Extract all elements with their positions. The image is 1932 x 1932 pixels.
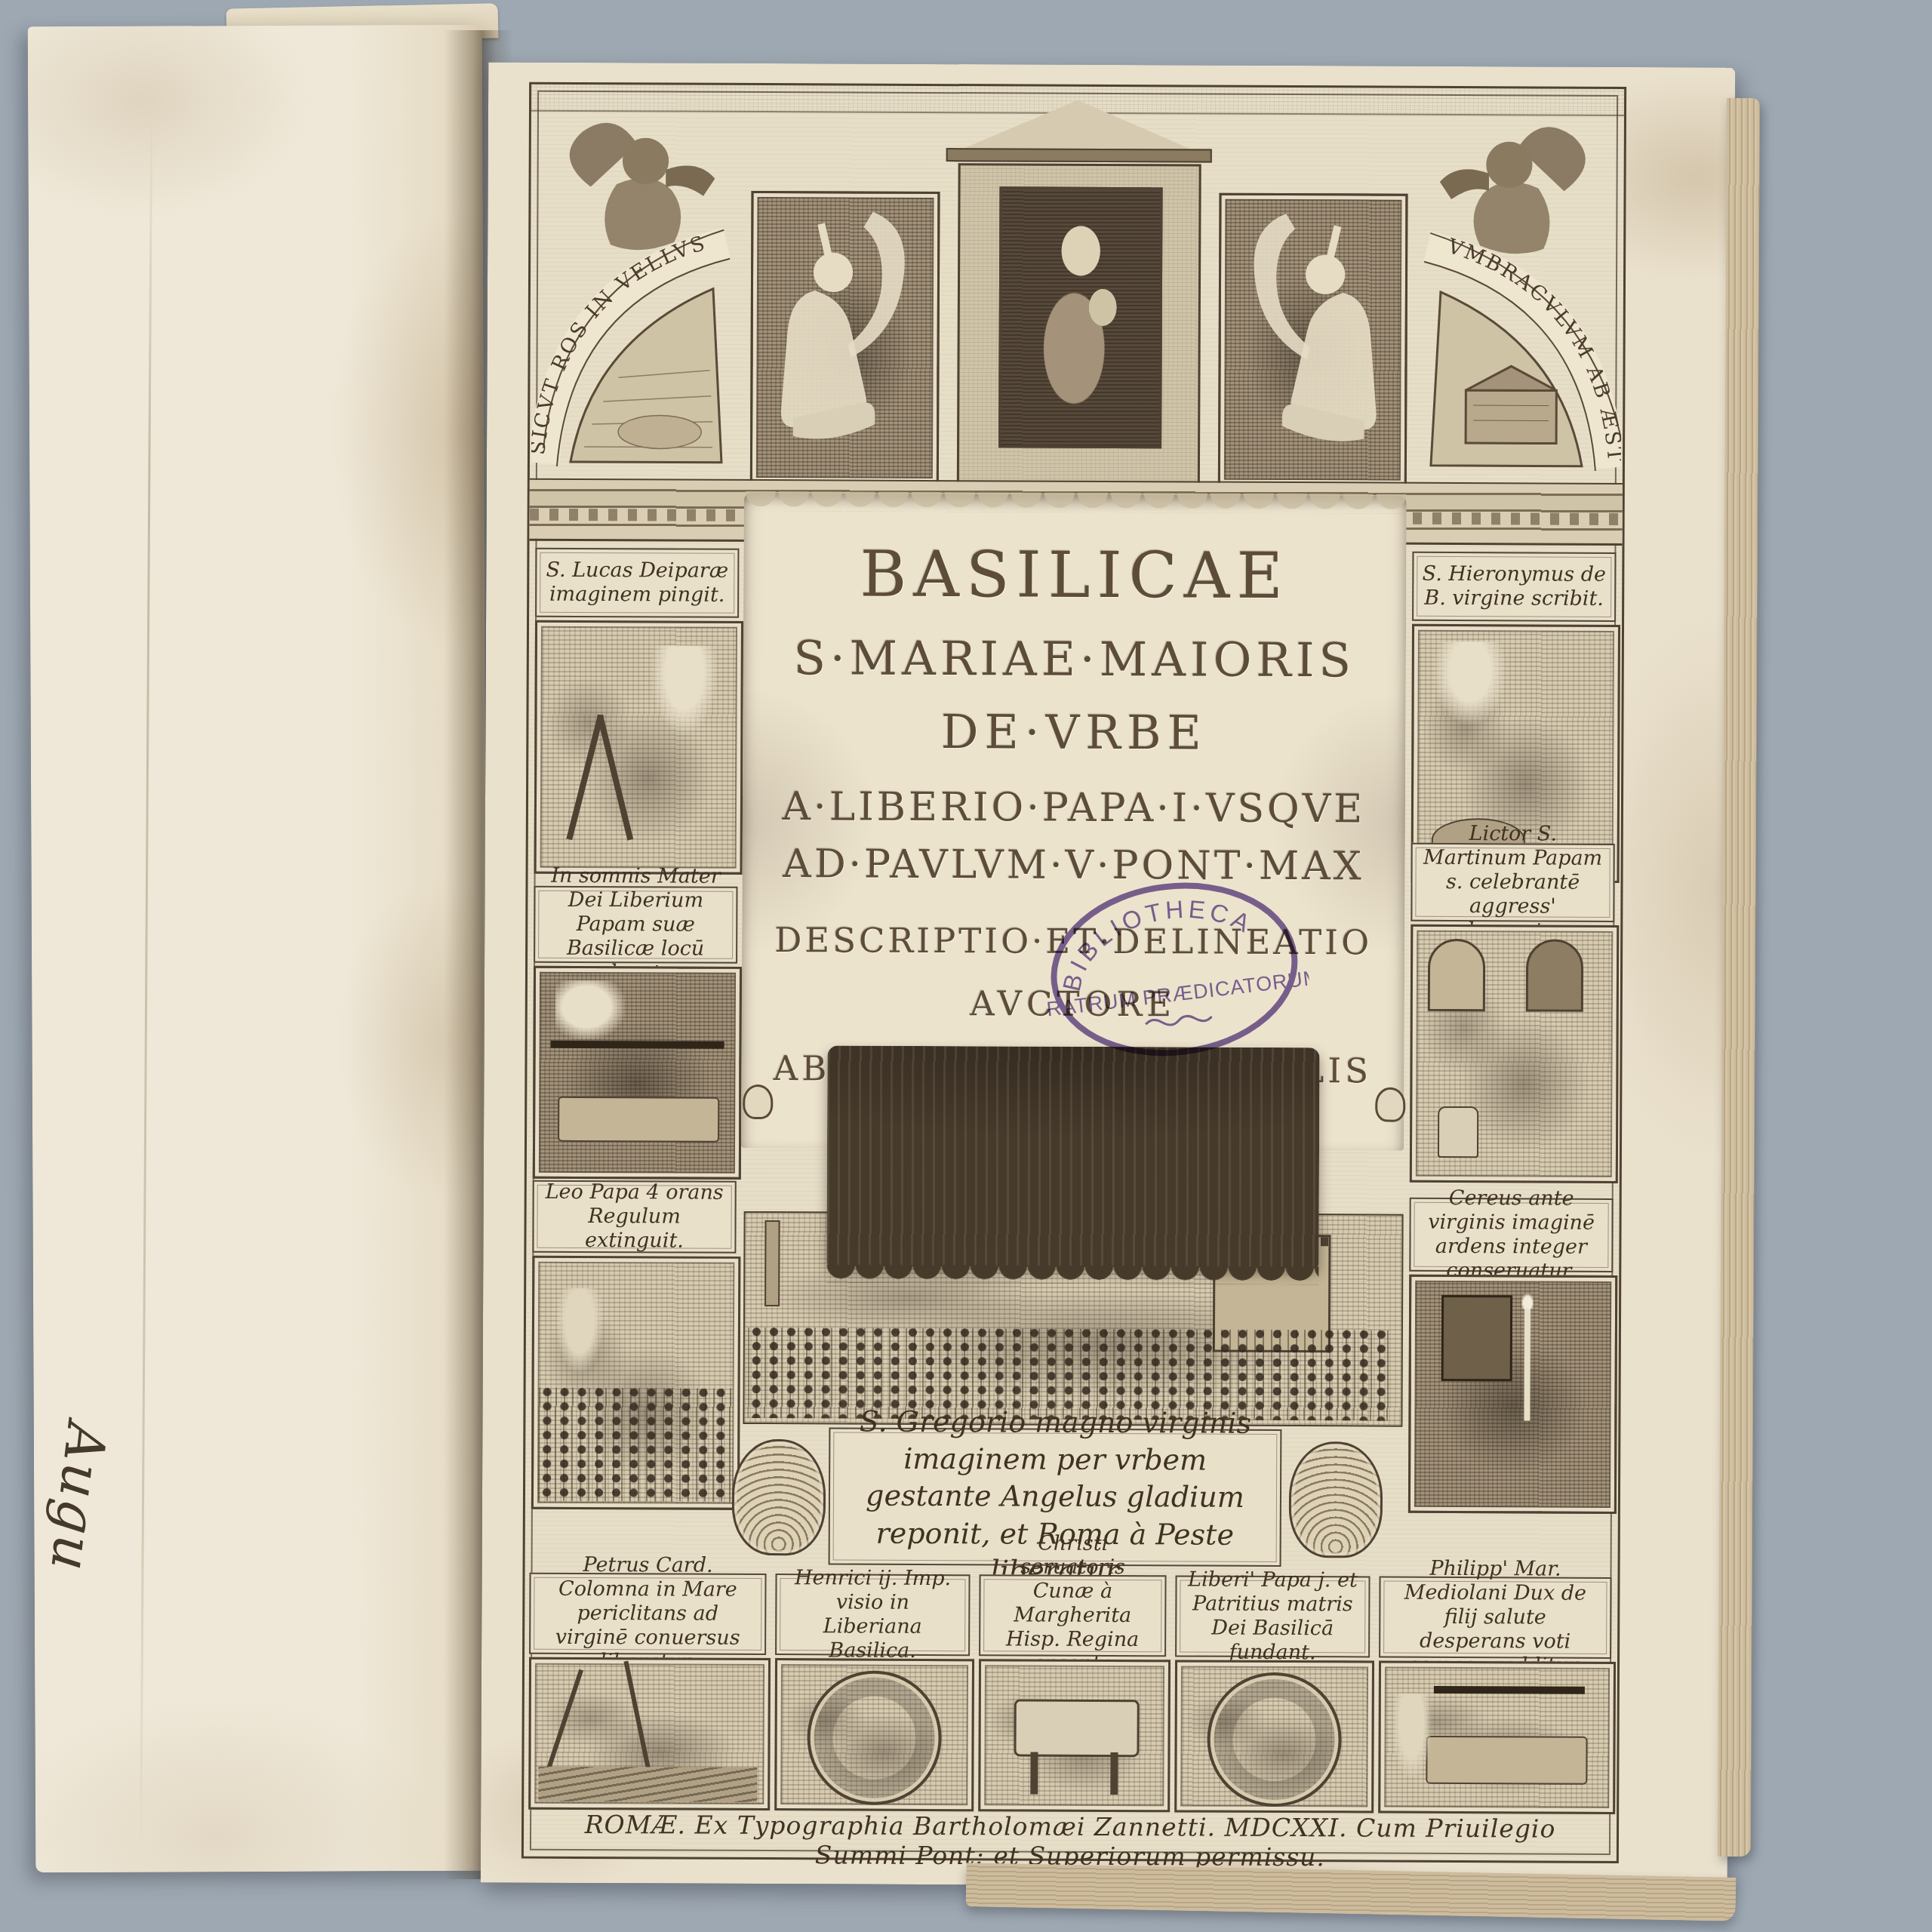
caption-foundation: Liberi' Papa j. et Patritius matris Dei … bbox=[1175, 1575, 1370, 1657]
crib-leg bbox=[1110, 1752, 1118, 1795]
library-stamp: BIBLIOTHECA FRATRUM PRÆDICATORUM bbox=[1031, 857, 1318, 1084]
caption-henry-vision: Henrici ij. Imp. visio in Liberiana Basi… bbox=[775, 1574, 970, 1656]
scene-silver-crib bbox=[978, 1659, 1171, 1812]
curtain-knot-left bbox=[743, 1084, 773, 1119]
bell-tower bbox=[764, 1220, 780, 1306]
caption-text: S. Lucas Deiparæ imaginem pingit. bbox=[544, 558, 730, 608]
kneeling-angel-right-icon bbox=[1220, 195, 1406, 485]
scene-henry-ii-vision-medallion bbox=[774, 1658, 974, 1811]
caption-colonna-shipwreck: Petrus Card. Colomna in Mare periclitans… bbox=[529, 1573, 766, 1655]
curtain-knot-right bbox=[1375, 1088, 1405, 1122]
banner-left: SICVT ROS IN VELLVS Iudic. bbox=[531, 198, 749, 479]
bed-canopy-bar bbox=[551, 1041, 724, 1049]
caption-candle: Cereus ante virginis imaginē ardens inte… bbox=[1409, 1198, 1613, 1272]
virgin-icon-frame bbox=[1441, 1295, 1512, 1381]
stormy-sea bbox=[538, 1767, 757, 1802]
caption-text: S. Hieronymus de B. virgine scribit. bbox=[1421, 562, 1607, 611]
stamp-flourish bbox=[1146, 1014, 1212, 1028]
caption-text: Henrici ij. Imp. visio in Liberiana Basi… bbox=[784, 1566, 961, 1663]
scene-st-martin-attacked bbox=[1410, 924, 1619, 1183]
pediment bbox=[964, 100, 1191, 149]
pediment-cornice bbox=[946, 148, 1212, 163]
banner-right: VMBRACVLVM AB ÆSTV Isa. bbox=[1405, 202, 1623, 483]
attending-figure bbox=[1392, 1694, 1430, 1777]
papal-tiara-on-stand bbox=[1438, 1106, 1478, 1158]
candle bbox=[1524, 1307, 1531, 1420]
papal-figure bbox=[557, 1288, 602, 1371]
caption-text: Liberi' Papa j. et Patritius matris Dei … bbox=[1184, 1568, 1361, 1665]
madonna-and-child-icon bbox=[998, 186, 1163, 448]
church-window bbox=[1526, 939, 1583, 1011]
scallop-shell-right-icon bbox=[1289, 1441, 1383, 1558]
candle-flame bbox=[1521, 1294, 1534, 1309]
caption-text: Leo Papa 4 orans Regulum extinguit. bbox=[541, 1180, 727, 1254]
sickbed bbox=[1426, 1736, 1587, 1785]
canopy-fringe bbox=[826, 1264, 1318, 1284]
crib-leg bbox=[1030, 1752, 1038, 1795]
bed bbox=[558, 1097, 719, 1143]
easel-leg bbox=[597, 715, 633, 841]
caption-st-martin: Lictor S. Martinum Papam s. celebrantē a… bbox=[1411, 843, 1614, 922]
title-line-4: A·LIBERIO·PAPA·I·VSQVE bbox=[743, 784, 1405, 832]
church-arch bbox=[1428, 939, 1485, 1011]
title-line-3: DE·VRBE bbox=[743, 703, 1405, 761]
caption-leo-iv: Leo Papa 4 orans Regulum extinguit. bbox=[532, 1180, 736, 1254]
caption-text: Philipp' Mar. Mediolani Dux de filij sal… bbox=[1388, 1557, 1603, 1678]
page-crease bbox=[140, 117, 152, 1853]
aedicule-body bbox=[957, 163, 1201, 485]
ship-mast bbox=[543, 1669, 583, 1778]
caption-st-jerome: S. Hieronymus de B. virgine scribit. bbox=[1412, 552, 1616, 622]
scene-candle-before-icon bbox=[1408, 1275, 1617, 1514]
caption-st-luke: S. Lucas Deiparæ imaginem pingit. bbox=[535, 548, 739, 618]
caption-silver-crib: Christi seruatoris Cunæ à Margherita His… bbox=[979, 1574, 1166, 1657]
scene-dream-of-pope-liberius bbox=[533, 966, 742, 1180]
caption-duke-of-milan: Philipp' Mar. Mediolani Dux de filij sal… bbox=[1379, 1577, 1611, 1659]
scene-duke-of-milan-sickbed bbox=[1378, 1661, 1616, 1814]
caption-liberius-dream: In somnis Mater Dei Liberium Papam suæ B… bbox=[534, 886, 737, 964]
radiance bbox=[650, 645, 718, 736]
central-aedicule bbox=[937, 100, 1217, 481]
title-line-1: BASILICAE bbox=[743, 537, 1406, 614]
medallion-frame bbox=[1207, 1672, 1342, 1807]
medallion-frame bbox=[807, 1670, 942, 1805]
engraved-title-page: SICVT ROS IN VELLVS Iudic. bbox=[481, 62, 1736, 1887]
curtain-scallop-edge bbox=[744, 491, 1407, 514]
imprint-line: ROMÆ. Ex Typographia Bartholomæi Zannett… bbox=[536, 1810, 1604, 1857]
scene-st-luke-painting-virgin bbox=[534, 620, 743, 875]
easel-leg bbox=[566, 715, 604, 841]
caption-text: Petrus Card. Colomna in Mare periclitans… bbox=[538, 1553, 758, 1675]
procession-crowd bbox=[538, 1388, 734, 1502]
apparition-glow bbox=[555, 980, 625, 1039]
scene-cardinal-colonna-shipwreck bbox=[528, 1657, 771, 1810]
silver-crib-reliquary bbox=[1014, 1699, 1139, 1757]
angel-left-panel bbox=[750, 191, 940, 485]
angel-right-panel bbox=[1218, 193, 1408, 487]
handwritten-inscription: Augu bbox=[36, 1420, 118, 1592]
vision-of-virgin bbox=[1433, 641, 1506, 724]
kneeling-angel-left-icon bbox=[752, 193, 938, 482]
left-blank-page: Augu bbox=[28, 25, 491, 1873]
scallop-shell-left-icon bbox=[732, 1439, 826, 1556]
scene-leo-iv-procession bbox=[531, 1256, 740, 1510]
caption-text: Cereus ante virginis imaginē ardens inte… bbox=[1418, 1186, 1604, 1284]
scene-foundation-medallion bbox=[1174, 1660, 1374, 1813]
bed-canopy-bar bbox=[1434, 1686, 1585, 1694]
title-line-2: S·MARIAE·MAIORIS bbox=[743, 630, 1406, 688]
photo-of-open-book: Augu bbox=[0, 0, 1932, 1932]
